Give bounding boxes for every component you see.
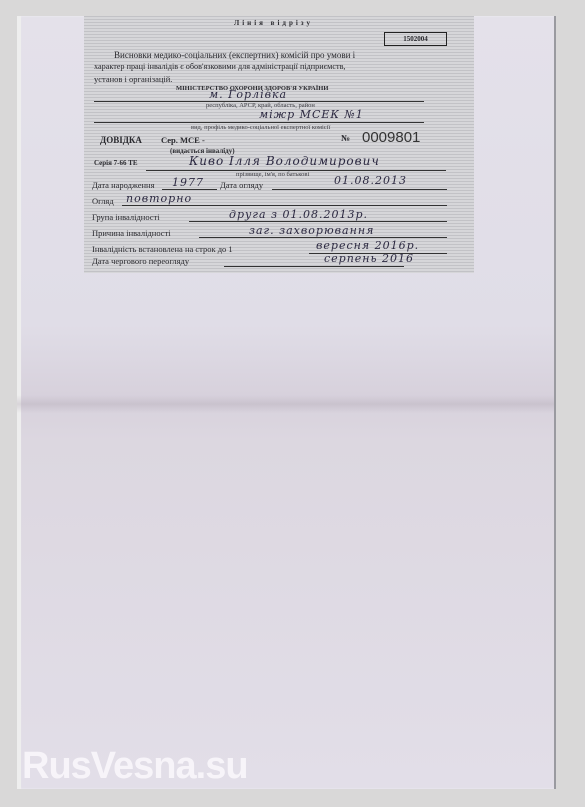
group-label: Група інвалідності: [92, 212, 160, 222]
term-label: Інвалідність встановлена на строк до 1: [92, 244, 233, 254]
certificate-title: ДОВІДКА: [100, 135, 142, 145]
exam-value: повторно: [126, 192, 192, 205]
disability-certificate-form: Лінія відрізу 1502004 Висновки медико-со…: [84, 16, 474, 273]
exam-label: Огляд: [92, 196, 114, 206]
birth-date-label: Дата народження: [92, 180, 155, 190]
tear-line-label: Лінія відрізу: [234, 19, 313, 27]
full-name-caption: прізвище, ім'я, по батькові: [236, 171, 309, 178]
exam-date-label: Дата огляду: [220, 180, 263, 190]
intro-text-3: установ і організацій.: [94, 74, 172, 84]
cause-label: Причина інвалідності: [92, 228, 171, 238]
commission-value: міжр МСЕК №1: [259, 108, 364, 121]
intro-text-1: Висновки медико-соціальних (експертних) …: [114, 50, 355, 60]
series-code-label: Серія 7-66 ТЕ: [94, 159, 138, 167]
exam-date-value: 01.08.2013: [334, 174, 407, 187]
full-name-value: Киво Ілля Володимирович: [189, 154, 380, 168]
watermark: RusVesna.su: [22, 745, 248, 788]
group-value: друга з 01.08.2013р.: [229, 208, 368, 221]
number-label: №: [341, 133, 350, 143]
series-label: Сер. МСЕ -: [161, 135, 205, 145]
form-code-box: 1502004: [384, 32, 447, 46]
intro-text-2: характер праці інвалідів є обов'язковими…: [94, 62, 345, 71]
review-label: Дата чергового переогляду: [92, 256, 189, 266]
certificate-number: 0009801: [362, 129, 420, 146]
cause-value: заг. захворювання: [249, 224, 374, 237]
region-value: м. Горлівка: [209, 88, 287, 101]
birth-date-value: 1977: [172, 176, 204, 189]
page-fold: [17, 395, 554, 413]
term-value: вересня 2016р.: [316, 239, 419, 252]
commission-caption: вид, профіль медико-соціальної експертно…: [191, 124, 330, 131]
review-value: серпень 2016: [324, 252, 414, 265]
